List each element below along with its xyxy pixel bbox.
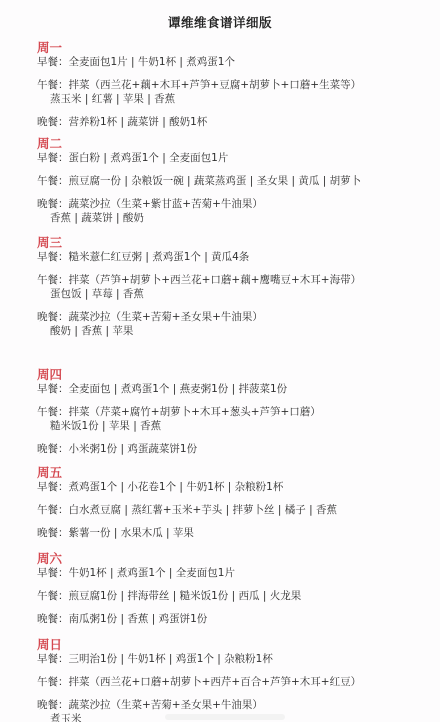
dinner-row: 晚餐：紫薯一份 | 水果木瓜 | 苹果: [37, 526, 437, 540]
meal-items: 拌菜（芹菜+腐竹+胡萝卜+木耳+葱头+芦笋+口蘑）: [69, 406, 321, 418]
day-heading: 周一: [37, 41, 437, 55]
meal-label: 早餐：: [37, 481, 69, 493]
meal-label: 晚餐：: [37, 699, 69, 711]
meal-items: 小米粥1份 | 鸡蛋蔬菜饼1份: [69, 443, 198, 455]
meal-label: 晚餐：: [37, 527, 69, 539]
lunch-row: 午餐：拌菜（西兰花+口蘑+胡萝卜+西芹+百合+芦笋+木耳+红豆）: [37, 675, 437, 689]
dinner-row: 晚餐：南瓜粥1份 | 香蕉 | 鸡蛋饼1份: [37, 612, 437, 626]
meal-label: 早餐：: [37, 56, 69, 68]
document-title: 谭维维食谱详细版: [0, 13, 440, 31]
breakfast-row: 早餐：蛋白粉 | 煮鸡蛋1个 | 全麦面包1片: [37, 151, 437, 165]
meal-label: 晚餐：: [37, 443, 69, 455]
breakfast-row: 早餐：全麦面包 | 煮鸡蛋1个 | 燕麦粥1份 | 拌菠菜1份: [37, 382, 437, 396]
meal-label: 午餐：: [37, 504, 69, 516]
meal-extra-items: 糙米饭1份 | 苹果 | 香蕉: [37, 419, 437, 433]
day-heading: 周三: [37, 236, 437, 250]
dinner-row: 晚餐：小米粥1份 | 鸡蛋蔬菜饼1份: [37, 442, 437, 456]
breakfast-row: 早餐：三明治1份 | 牛奶1杯 | 鸡蛋1个 | 杂粮粉1杯: [37, 652, 437, 666]
meal-items: 紫薯一份 | 水果木瓜 | 苹果: [69, 527, 194, 539]
meal-items: 南瓜粥1份 | 香蕉 | 鸡蛋饼1份: [69, 613, 208, 625]
meal-label: 早餐：: [37, 653, 69, 665]
meal-items: 煮鸡蛋1个 | 小花卷1个 | 牛奶1杯 | 杂粮粉1杯: [69, 481, 284, 493]
meal-extra-items: 香蕉 | 蔬菜饼 | 酸奶: [37, 211, 437, 225]
meal-label: 晚餐：: [37, 613, 69, 625]
meal-label: 午餐：: [37, 406, 69, 418]
dinner-row: 晚餐：营养粉1杯 | 蔬菜饼 | 酸奶1杯: [37, 115, 437, 129]
meal-items: 三明治1份 | 牛奶1杯 | 鸡蛋1个 | 杂粮粉1杯: [69, 653, 273, 665]
meal-extra-items: 蒸玉米 | 红薯 | 苹果 | 香蕉: [37, 92, 437, 106]
breakfast-row: 早餐：糙米薏仁红豆粥 | 煮鸡蛋1个 | 黄瓜4条: [37, 250, 437, 264]
meal-label: 晚餐：: [37, 198, 69, 210]
watermark-smudge: [165, 714, 285, 720]
day-friday: 周五 早餐：煮鸡蛋1个 | 小花卷1个 | 牛奶1杯 | 杂粮粉1杯 午餐：白水…: [37, 466, 437, 540]
meal-items: 煎豆腐一份 | 杂粮饭一碗 | 蔬菜蒸鸡蛋 | 圣女果 | 黄瓜 | 胡萝卜: [69, 175, 362, 187]
meal-items: 拌菜（西兰花+口蘑+胡萝卜+西芹+百合+芦笋+木耳+红豆）: [69, 676, 362, 688]
lunch-row: 午餐：煎豆腐一份 | 杂粮饭一碗 | 蔬菜蒸鸡蛋 | 圣女果 | 黄瓜 | 胡萝…: [37, 174, 437, 188]
breakfast-row: 早餐：全麦面包1片 | 牛奶1杯 | 煮鸡蛋1个: [37, 55, 437, 69]
day-heading: 周四: [37, 368, 437, 382]
day-tuesday: 周二 早餐：蛋白粉 | 煮鸡蛋1个 | 全麦面包1片 午餐：煎豆腐一份 | 杂粮…: [37, 137, 437, 225]
meal-label: 午餐：: [37, 79, 69, 91]
meal-items: 拌菜（西兰花+藕+木耳+芦笋+豆腐+胡萝卜+口蘑+生菜等）: [69, 79, 362, 91]
meal-items: 全麦面包 | 煮鸡蛋1个 | 燕麦粥1份 | 拌菠菜1份: [69, 383, 288, 395]
day-heading: 周二: [37, 137, 437, 151]
meal-label: 晚餐：: [37, 311, 69, 323]
meal-items: 营养粉1杯 | 蔬菜饼 | 酸奶1杯: [69, 116, 208, 128]
meal-items: 糙米薏仁红豆粥 | 煮鸡蛋1个 | 黄瓜4条: [69, 251, 250, 263]
lunch-row: 午餐：拌菜（芹菜+腐竹+胡萝卜+木耳+葱头+芦笋+口蘑）糙米饭1份 | 苹果 |…: [37, 405, 437, 433]
meal-items: 白水煮豆腐 | 蒸红薯+玉米+芋头 | 拌萝卜丝 | 橘子 | 香蕉: [69, 504, 337, 516]
meal-items: 蛋白粉 | 煮鸡蛋1个 | 全麦面包1片: [69, 152, 229, 164]
meal-label: 早餐：: [37, 567, 69, 579]
meal-label: 晚餐：: [37, 116, 69, 128]
meal-label: 午餐：: [37, 676, 69, 688]
meal-extra-items: 蛋包饭 | 草莓 | 香蕉: [37, 287, 437, 301]
recipe-document: 谭维维食谱详细版 周一 早餐：全麦面包1片 | 牛奶1杯 | 煮鸡蛋1个 午餐：…: [0, 0, 440, 722]
meal-items: 煎豆腐1份 | 拌海带丝 | 糙米饭1份 | 西瓜 | 火龙果: [69, 590, 302, 602]
meal-label: 早餐：: [37, 251, 69, 263]
day-heading: 周日: [37, 638, 437, 652]
lunch-row: 午餐：拌菜（芦笋+胡萝卜+西兰花+口蘑+藕+鹰嘴豆+木耳+海带）蛋包饭 | 草莓…: [37, 273, 437, 301]
meal-items: 牛奶1杯 | 煮鸡蛋1个 | 全麦面包1片: [69, 567, 235, 579]
dinner-row: 晚餐：蔬菜沙拉（生菜+紫甘蓝+苦菊+牛油果）香蕉 | 蔬菜饼 | 酸奶: [37, 197, 437, 225]
day-heading: 周六: [37, 552, 437, 566]
day-saturday: 周六 早餐：牛奶1杯 | 煮鸡蛋1个 | 全麦面包1片 午餐：煎豆腐1份 | 拌…: [37, 552, 437, 626]
breakfast-row: 早餐：煮鸡蛋1个 | 小花卷1个 | 牛奶1杯 | 杂粮粉1杯: [37, 480, 437, 494]
meal-label: 早餐：: [37, 152, 69, 164]
meal-label: 午餐：: [37, 590, 69, 602]
meal-extra-items: 酸奶 | 香蕉 | 苹果: [37, 324, 437, 338]
breakfast-row: 早餐：牛奶1杯 | 煮鸡蛋1个 | 全麦面包1片: [37, 566, 437, 580]
lunch-row: 午餐：煎豆腐1份 | 拌海带丝 | 糙米饭1份 | 西瓜 | 火龙果: [37, 589, 437, 603]
day-thursday: 周四 早餐：全麦面包 | 煮鸡蛋1个 | 燕麦粥1份 | 拌菠菜1份 午餐：拌菜…: [37, 368, 437, 456]
meal-label: 午餐：: [37, 274, 69, 286]
day-heading: 周五: [37, 466, 437, 480]
day-wednesday: 周三 早餐：糙米薏仁红豆粥 | 煮鸡蛋1个 | 黄瓜4条 午餐：拌菜（芦笋+胡萝…: [37, 236, 437, 338]
day-monday: 周一 早餐：全麦面包1片 | 牛奶1杯 | 煮鸡蛋1个 午餐：拌菜（西兰花+藕+…: [37, 41, 437, 129]
meal-items: 全麦面包1片 | 牛奶1杯 | 煮鸡蛋1个: [69, 56, 235, 68]
meal-label: 早餐：: [37, 383, 69, 395]
lunch-row: 午餐：拌菜（西兰花+藕+木耳+芦笋+豆腐+胡萝卜+口蘑+生菜等）蒸玉米 | 红薯…: [37, 78, 437, 106]
meal-items: 蔬菜沙拉（生菜+苦菊+圣女果+牛油果）: [69, 699, 263, 711]
meal-items: 拌菜（芦笋+胡萝卜+西兰花+口蘑+藕+鹰嘴豆+木耳+海带）: [69, 274, 362, 286]
lunch-row: 午餐：白水煮豆腐 | 蒸红薯+玉米+芋头 | 拌萝卜丝 | 橘子 | 香蕉: [37, 503, 437, 517]
meal-items: 蔬菜沙拉（生菜+苦菊+圣女果+牛油果）: [69, 311, 263, 323]
day-sunday: 周日 早餐：三明治1份 | 牛奶1杯 | 鸡蛋1个 | 杂粮粉1杯 午餐：拌菜（…: [37, 638, 437, 722]
meal-label: 午餐：: [37, 175, 69, 187]
dinner-row: 晚餐：蔬菜沙拉（生菜+苦菊+圣女果+牛油果）酸奶 | 香蕉 | 苹果: [37, 310, 437, 338]
meal-items: 蔬菜沙拉（生菜+紫甘蓝+苦菊+牛油果）: [69, 198, 263, 210]
